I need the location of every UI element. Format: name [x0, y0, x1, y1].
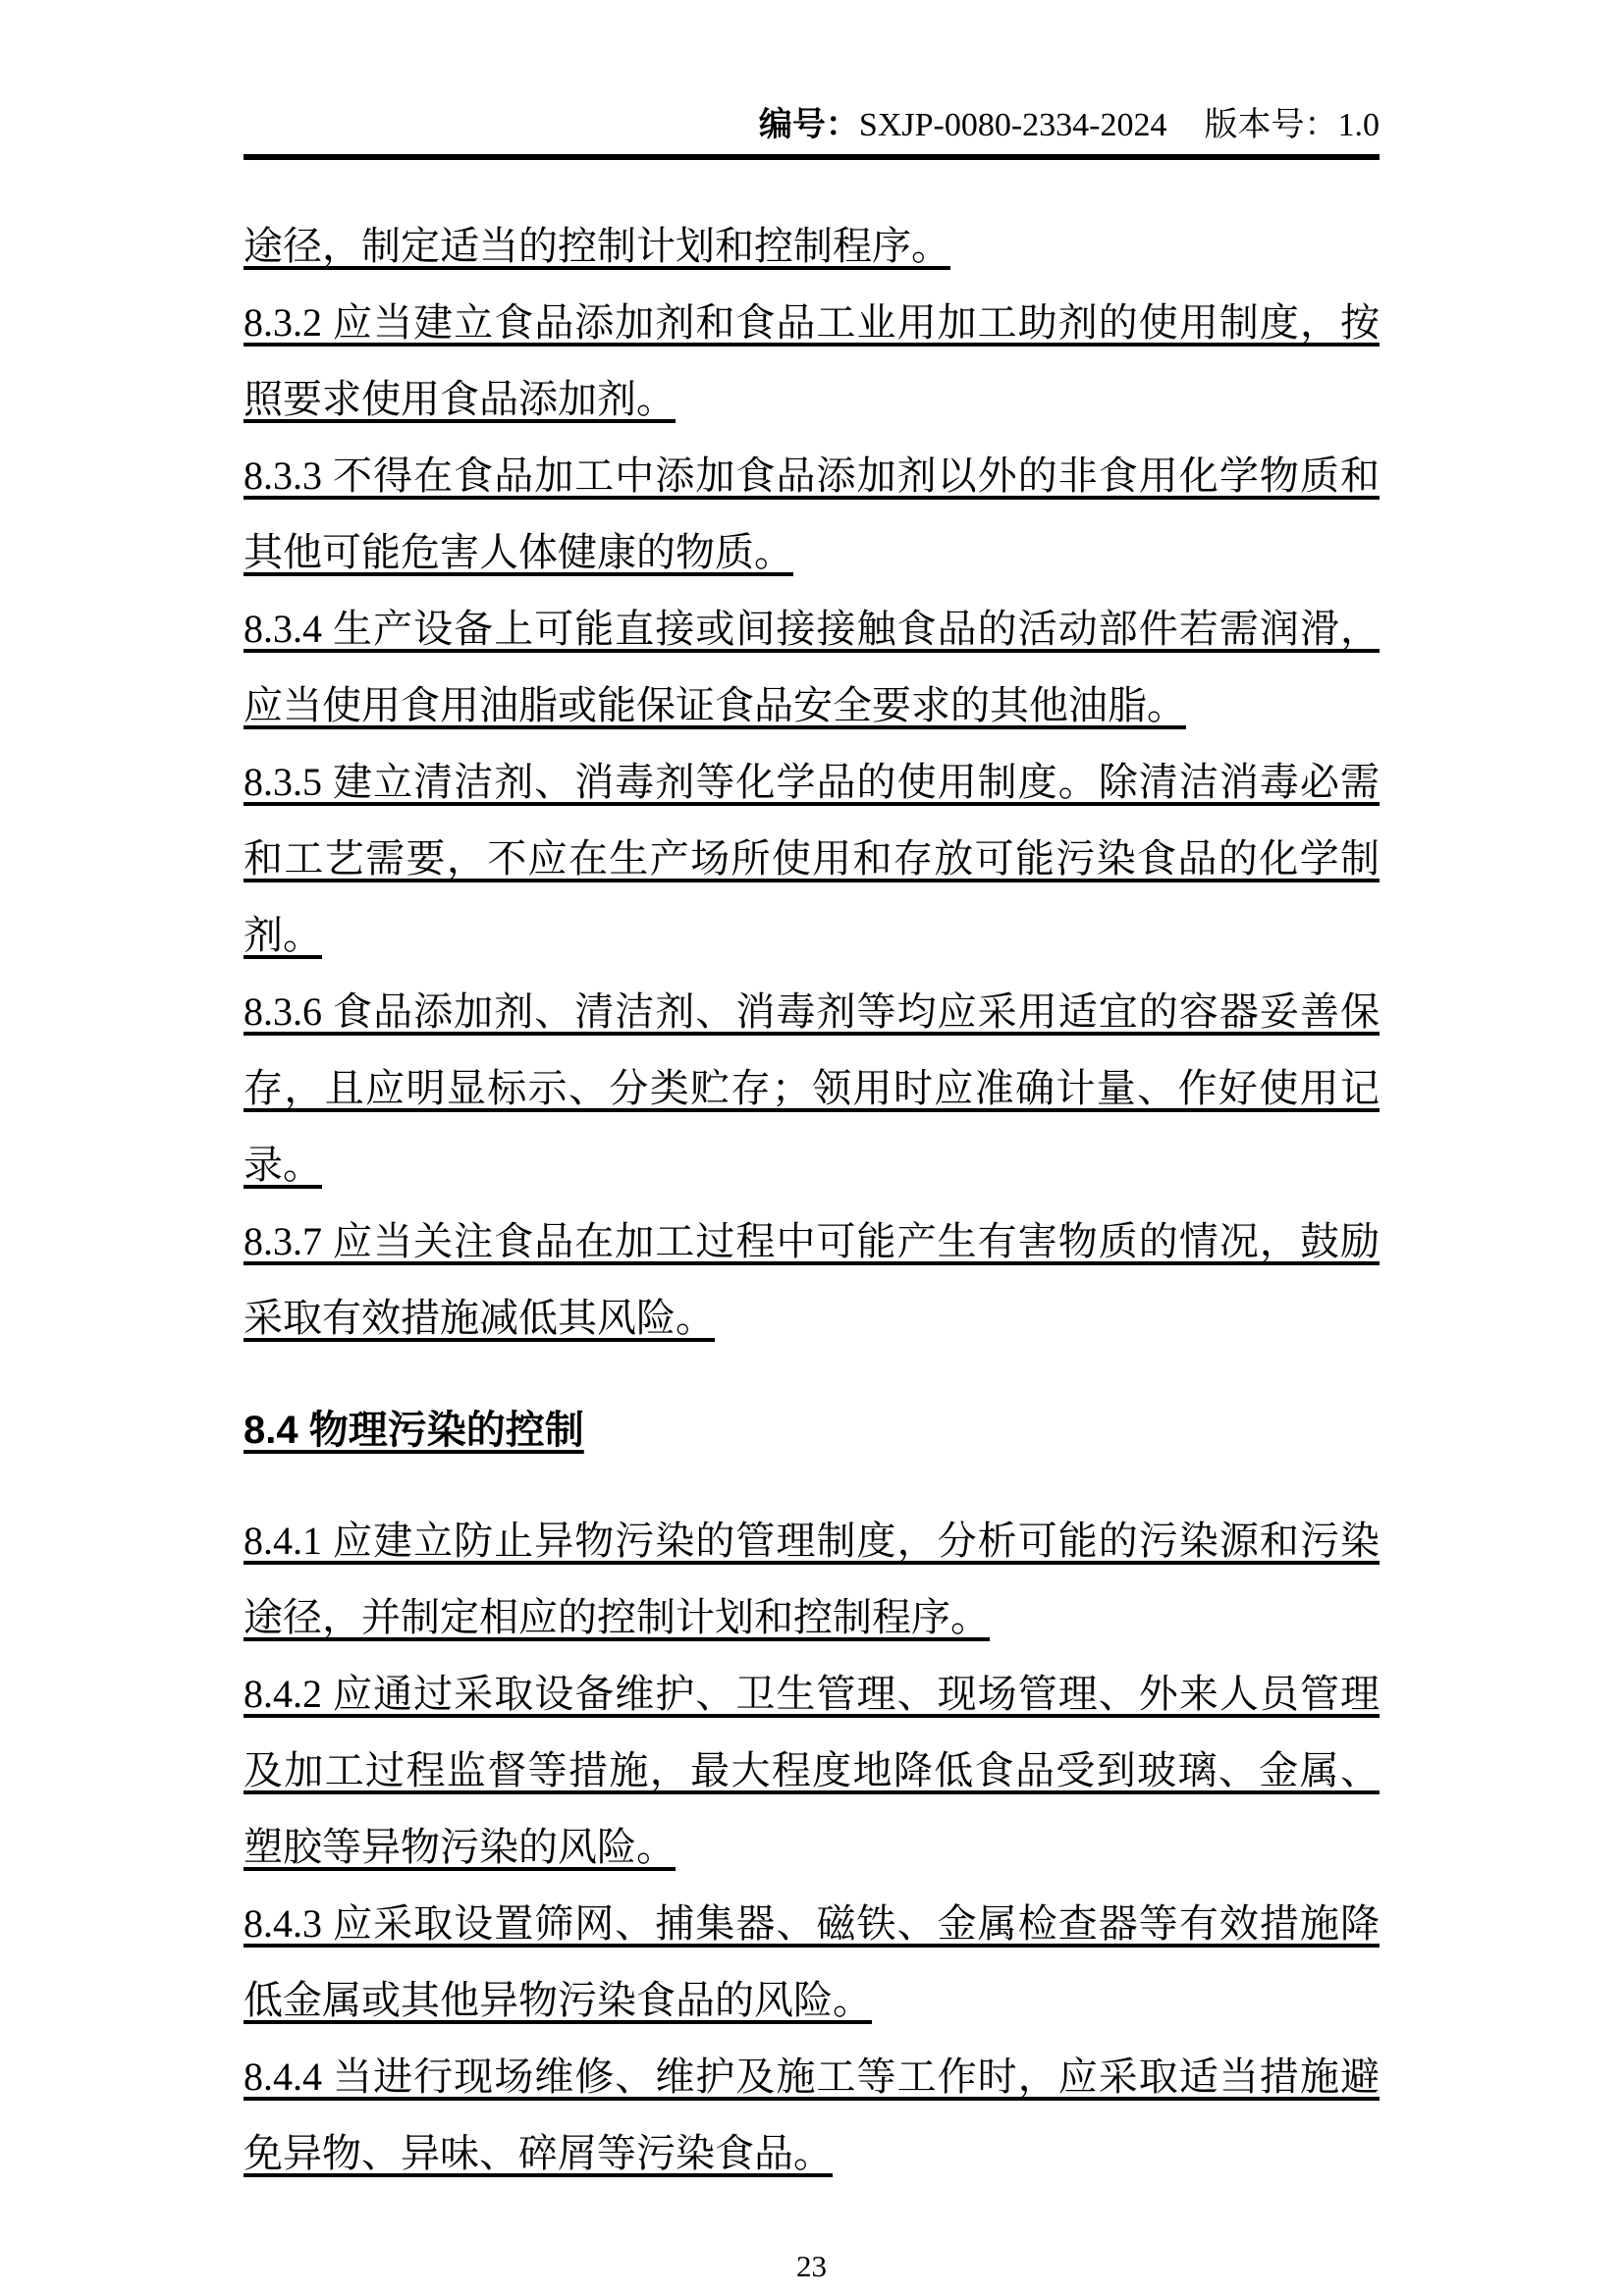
clause-8-3-3: 8.3.3 不得在食品加工中添加食品添加剂以外的非食用化学物质和其他可能危害人体… — [244, 438, 1380, 591]
clause-8-3-7: 8.3.7 应当关注食品在加工过程中可能产生有害物质的情况，鼓励采取有效措施减低… — [244, 1203, 1380, 1357]
clause-8-4-2: 8.4.2 应通过采取设备维护、卫生管理、现场管理、外来人员管理及加工过程监督等… — [244, 1656, 1380, 1886]
clause-8-3-2: 8.3.2 应当建立食品添加剂和食品工业用加工助剂的使用制度，按照要求使用食品添… — [244, 285, 1380, 438]
clause-8-4-1: 8.4.1 应建立防止异物污染的管理制度，分析可能的污染源和污染途径，并制定相应… — [244, 1503, 1380, 1656]
document-page: 编号：SXJP-0080-2334-2024版本号：1.0 途径，制定适当的控制… — [0, 0, 1624, 2296]
header-rule — [244, 154, 1380, 160]
clause-8-4-4: 8.4.4 当进行现场维修、维护及施工等工作时，应采取适当措施避免异物、异味、碎… — [244, 2039, 1380, 2192]
clause-8-3-4: 8.3.4 生产设备上可能直接或间接接触食品的活动部件若需润滑，应当使用食用油脂… — [244, 591, 1380, 744]
clause-8-3-5: 8.3.5 建立清洁剂、消毒剂等化学品的使用制度。除清洁消毒必需和工艺需要，不应… — [244, 744, 1380, 974]
doc-number-value: SXJP-0080-2334-2024 — [859, 107, 1167, 143]
clause-8-3-6: 8.3.6 食品添加剂、清洁剂、消毒剂等均应采用适宜的容器妥善保存，且应明显标示… — [244, 974, 1380, 1203]
clause-8-4-3: 8.4.3 应采取设置筛网、捕集器、磁铁、金属检查器等有效措施降低金属或其他异物… — [244, 1886, 1380, 2039]
version-value: 1.0 — [1338, 107, 1380, 143]
document-reference-line: 编号：SXJP-0080-2334-2024版本号：1.0 — [244, 102, 1380, 148]
clause-8-3-1-continuation: 途径，制定适当的控制计划和控制程序。 — [244, 208, 1380, 285]
page-footer: 23 — [244, 2249, 1380, 2284]
document-body: 途径，制定适当的控制计划和控制程序。 8.3.2 应当建立食品添加剂和食品工业用… — [244, 208, 1380, 2192]
page-header: 编号：SXJP-0080-2334-2024版本号：1.0 — [244, 102, 1380, 160]
version-label: 版本号： — [1205, 107, 1338, 143]
doc-number-label: 编号： — [759, 106, 859, 143]
page-number: 23 — [796, 2249, 827, 2283]
section-heading-8-4: 8.4 物理污染的控制 — [244, 1392, 1380, 1468]
